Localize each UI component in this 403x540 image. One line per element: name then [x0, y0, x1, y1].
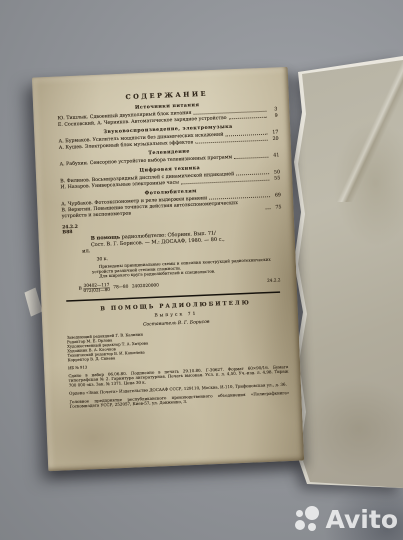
contents-page-content: СОДЕРЖАНИЕ Источники питания Ю. Тишлык. … [32, 67, 304, 471]
dot-leader [195, 140, 268, 144]
catalog-index-line: В 30402—117 072(02)—80 78—80 2402020000 … [79, 276, 281, 294]
toc-entry-page: 55 [271, 175, 280, 181]
index-prefix: В [79, 286, 82, 291]
contents-page: СОДЕРЖАНИЕ Источники питания Ю. Тишлык. … [32, 67, 304, 471]
photo-backdrop: СОДЕРЖАНИЕ Источники питания Ю. Тишлык. … [0, 0, 403, 540]
dot-leader [266, 208, 271, 209]
toc-entry-page: 17 [269, 129, 278, 135]
avito-wordmark: Avito [326, 506, 398, 533]
dot-leader [181, 179, 269, 184]
index-mid: 78—80 [113, 284, 128, 290]
torn-back-page [293, 52, 403, 490]
index-right-code: 24.2.2 [267, 278, 281, 284]
toc-entry-page: 20 [270, 136, 279, 142]
dot-leader [234, 156, 268, 158]
avito-logo-icon [295, 506, 322, 533]
avito-watermark: Avito [295, 506, 398, 533]
index-spacer [162, 281, 263, 285]
toc-entry-page: 75 [272, 204, 281, 210]
toc-entry-page: 9 [269, 113, 278, 119]
torn-back-page-surface [293, 52, 403, 490]
toc-entry-page: 69 [272, 192, 281, 198]
index-stack: 30402—117 072(02)—80 [83, 283, 110, 294]
dot-leader [229, 117, 267, 120]
toc-entry-page: 50 [271, 169, 280, 175]
toc-entry-page: 41 [270, 152, 279, 158]
imprint-staff: Заведующий редакцией Г. В. Калинин Редак… [67, 326, 288, 362]
catalog-card: В помощь радиолюбителю: Сборник. Вып. 71… [91, 228, 272, 279]
index-fraction: В 30402—117 072(02)—80 [79, 283, 110, 294]
index-number: 2402020000 [132, 283, 159, 289]
index-denominator: 072(02)—80 [83, 287, 110, 293]
toc-entry-page: 3 [268, 106, 277, 112]
